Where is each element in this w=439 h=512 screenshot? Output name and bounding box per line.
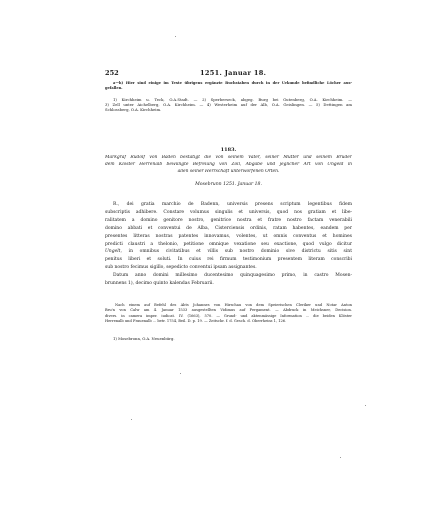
summary-line: allen seiner Herrschaft unterworfenen Or…: [105, 169, 352, 176]
body-line: brunnens 1), decimo quinto kalendas Febr…: [105, 280, 352, 288]
running-title: 1251. Januar 18.: [200, 69, 266, 77]
critical-apparatus-note: a—h) Hier sind einige im Texte übrigens …: [105, 81, 352, 91]
summary-line: Markgraf Rudolf von Baden bestätigt die …: [105, 155, 352, 162]
body-line: domino abbati et conventui de Alba, Cist…: [105, 225, 352, 233]
body-line: subscriptis adhibere. Constare volumus s…: [105, 209, 352, 217]
body-line: presentes litteras nostras patentes inno…: [105, 233, 352, 241]
source-notes: Nach einem auf Befehl des Abts Johannes …: [105, 303, 352, 324]
top-footnotes: 1) Kirchheim u. Teck, O.A.Stadt. — 2) Sp…: [105, 97, 352, 113]
document-page: 252 1251. Januar 18. a—h) Hier sind eini…: [0, 0, 439, 512]
italic-term: Ungelt: [105, 249, 120, 254]
body-line: Ungelt, in omnibus civitatibus et villis…: [105, 248, 352, 256]
document-number: 1183.: [105, 147, 352, 153]
source-line: Herrenalb und Frauenalb ... betr. 1754, …: [105, 319, 352, 324]
place-date: Mosebrunn 1251. Januar 18.: [105, 182, 352, 187]
footnote-line: Schlossberg, O.A. Kirchheim.: [105, 107, 352, 112]
body-line: sub nostro fecimus sigillo, sepedicto co…: [105, 264, 352, 272]
critical-note-line: gefallen.: [105, 86, 352, 91]
scan-speck: [340, 457, 341, 458]
critical-note-line: a—h) Hier sind einige im Texte übrigens …: [105, 81, 352, 86]
body-line: ralitatem a domino genitore nostro, geni…: [105, 217, 352, 225]
scan-speck: [175, 36, 176, 37]
body-line: Datum anno domini millesimo ducentesimo …: [105, 272, 352, 280]
scan-speck: [131, 419, 132, 420]
scan-speck: [365, 405, 366, 406]
charter-text: R., dei gratia marchio de Badenn, univer…: [105, 201, 352, 288]
body-line: R., dei gratia marchio de Badenn, univer…: [105, 201, 352, 209]
body-line: penitus liberi et soluti. In cuius rei f…: [105, 256, 352, 264]
page-number: 252: [105, 69, 119, 77]
bottom-footnote: 1) Mosebronn, O.A. Neuenbürg.: [105, 336, 360, 341]
summary-line: dem Kloster Herrenalb bewilligte Befreiu…: [105, 162, 352, 169]
scan-speck: [180, 373, 181, 374]
source-line: Bru'n von Calw am 4. Januar 1533 ausgest…: [105, 308, 352, 313]
body-line: predicti claustri a thelonio, petitione …: [105, 241, 352, 249]
document-summary: Markgraf Rudolf von Baden bestätigt die …: [105, 155, 352, 176]
page-header: 252 1251. Januar 18.: [105, 69, 352, 79]
